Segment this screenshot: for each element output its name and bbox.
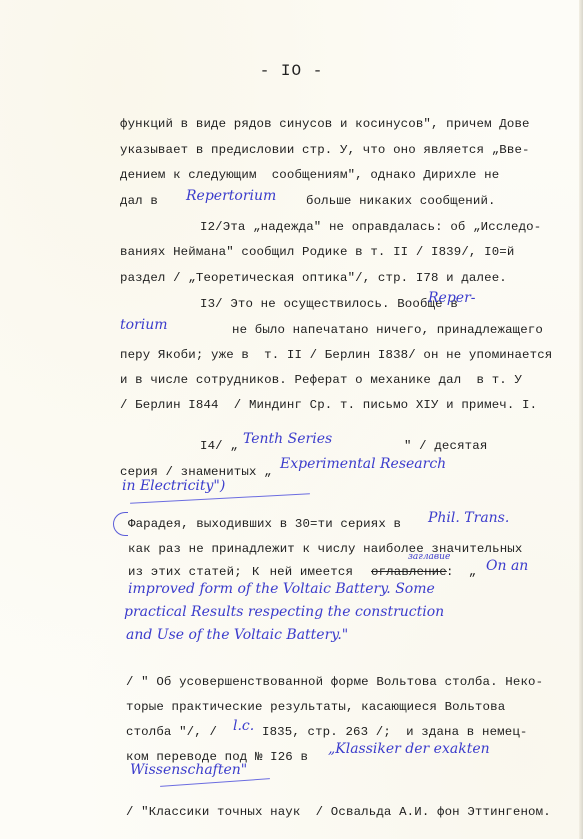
text-line: торые практические результаты, касающиес…	[126, 700, 505, 714]
text-line: из этих статей;	[128, 565, 242, 579]
text-line: и в числе сотрудников. Реферат о механик…	[120, 373, 522, 387]
text-line: не было напечатано ничего, принадлежащег…	[232, 323, 543, 337]
note-14: I4/ „	[200, 439, 238, 453]
text-line: Фарадея, выходивших в 30=ти сериях в	[128, 517, 401, 531]
text-line: указывает в предисловии стр. У, что оно …	[120, 143, 530, 157]
handwritten-title: On an	[486, 558, 528, 574]
text-line: столба "/, /	[126, 725, 217, 739]
note-13: I3/ Это не осуществилось. Вообще в	[200, 297, 458, 311]
note-12: I2/Эта „надежда" не оправдалась: об „Исс…	[200, 220, 541, 234]
handwritten-tenth-series: Tenth Series	[243, 431, 332, 447]
text-line: I835, стр. 263 /; и здана в немец-	[262, 725, 528, 739]
handwritten-klassiker: „Klassiker der exakten	[328, 741, 490, 757]
handwritten-title: and Use of the Voltaic Battery."	[126, 627, 348, 643]
handwritten-title: practical Results respecting the constru…	[124, 604, 444, 620]
text-line: больше никаких сообщений.	[306, 194, 496, 208]
handwritten-underline	[160, 778, 270, 787]
handwritten-torium: torium	[120, 317, 168, 333]
handwritten-experimental-research: Experimental Research	[280, 456, 446, 472]
text-line: / " Об усовершенствованной форме Вольтов…	[126, 675, 543, 689]
text-line: дал в	[120, 194, 158, 208]
handwritten-lc: l.c.	[233, 718, 254, 734]
text-line: " / десятая	[404, 439, 487, 453]
text-line: перу Якоби; уже в т. II / Берлин I838/ о…	[120, 348, 552, 362]
text-line: дением к следующим сообщениям", однако Д…	[120, 168, 499, 182]
text-line: ней имеется	[262, 565, 361, 579]
handwritten-repertorium: Repertorium	[186, 188, 276, 204]
handwritten-underline	[130, 493, 310, 503]
handwritten-reper: Reper-	[428, 290, 476, 306]
text-line: серия / знаменитых „	[120, 465, 272, 479]
handwritten-zaglavie: заглавие	[408, 552, 450, 562]
text-line: функций в виде рядов синусов и косинусов…	[120, 117, 530, 131]
text-line: как раз не принадлежит к числу наиболее …	[128, 542, 522, 556]
struck-word: оглавление	[371, 565, 447, 579]
page-number: - IO -	[0, 62, 583, 80]
text-line-corrected-letter: К	[252, 565, 260, 579]
handwritten-wissenschaften: Wissenschaften"	[130, 762, 247, 778]
text-line: / Берлин I844 / Миндинг Ср. т. письмо XI…	[120, 398, 537, 412]
page-edge	[579, 0, 583, 839]
text-line: раздел / „Теоретическая оптика"/, стр. I…	[120, 271, 507, 285]
text-line: ваниях Неймана" сообщил Родике в т. II /…	[120, 245, 514, 259]
handwritten-in-electricity: in Electricity")	[122, 478, 225, 494]
handwritten-phil-trans: Phil. Trans.	[428, 510, 509, 526]
handwritten-title: improved form of the Voltaic Battery. So…	[128, 581, 435, 597]
document-page: - IO - функций в виде рядов синусов и ко…	[0, 0, 583, 839]
handwritten-bracket	[113, 512, 128, 536]
text-line: / "Классики точных наук / Освальда А.И. …	[126, 805, 551, 819]
text-line: : „	[446, 565, 476, 579]
